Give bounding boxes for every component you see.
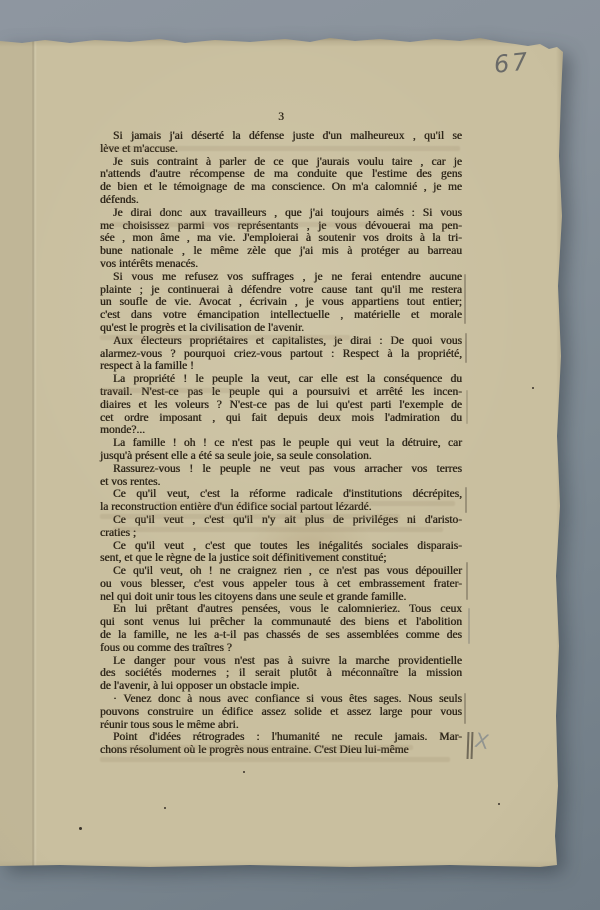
text-line: La famille ! oh ! ce n'est pas le peuple… — [100, 437, 462, 450]
ink-smudge — [113, 745, 413, 750]
text-line: Ce qu'il veut , c'est que toutes les iné… — [100, 540, 462, 553]
margin-stroke — [465, 333, 467, 363]
foxing-speck — [164, 807, 166, 809]
ink-smudge — [112, 222, 372, 227]
ink-smudge — [100, 514, 400, 519]
paragraph: La propriété ! le peuple la veut, car el… — [100, 373, 462, 437]
paragraph: Si vous me refusez vos suffrages , je ne… — [100, 271, 462, 335]
paragraph: Je suis contraint à parler de ce que j'a… — [100, 156, 462, 207]
text-line: défends. — [100, 194, 462, 207]
paragraph: Aux électeurs propriétaires et capitalis… — [100, 335, 462, 373]
margin-stroke — [468, 608, 470, 644]
text-line: qui sont venus lui prêcher la communauté… — [100, 616, 462, 629]
ink-smudge — [100, 757, 450, 762]
paragraph: Je dirai donc aux travailleurs , que j'a… — [100, 207, 462, 271]
text-line: c'est dans votre émancipation intellectu… — [100, 309, 462, 322]
margin-stroke — [466, 562, 468, 600]
text-line: vos intérêts menacés. — [100, 258, 462, 271]
text-line: La propriété ! le peuple la veut, car el… — [100, 373, 462, 386]
text-line: jusqu'à présent elle a été sa seule joie… — [100, 450, 462, 463]
text-line: de bien et le témoignage de ma conscienc… — [100, 181, 462, 194]
foxing-speck — [79, 827, 82, 830]
text-line: n'attends d'autre récompense de ma condu… — [100, 168, 462, 181]
text-line: Je dirai donc aux travailleurs , que j'a… — [100, 207, 462, 220]
text-line: diaires et les voleurs ? N'est-ce pas de… — [100, 399, 462, 412]
margin-stroke — [464, 693, 466, 724]
foxing-speck — [532, 387, 534, 389]
text-line: ou vous blesser, c'est vous appeler tous… — [100, 578, 462, 591]
text-line: et vos rentes. — [100, 476, 462, 489]
text-line: sent, et que le règne de la justice soit… — [100, 552, 462, 565]
paragraph: La famille ! oh ! ce n'est pas le peuple… — [100, 437, 462, 463]
text-line: Si vous me refusez vos suffrages , je ne… — [100, 271, 462, 284]
paragraph: Le danger pour vous n'est pas à suivre l… — [100, 655, 462, 693]
foxing-speck — [498, 803, 500, 805]
text-line: réunir tous sous le même abri. — [100, 719, 462, 732]
text-line: pouvons construire un édifice assez soli… — [100, 706, 462, 719]
text-line: un soufle de vie. Avocat , écrivain , je… — [100, 296, 462, 309]
pencil-double-stroke — [467, 732, 470, 759]
text-line: sée , mon âme , ma vie. J'emploierai à s… — [100, 232, 462, 245]
ink-smudge — [100, 388, 240, 393]
text-line: Ce qu'il veut, c'est la réforme radicale… — [100, 488, 462, 501]
text-line: cet ordre imposant , qui fait depuis deu… — [100, 412, 462, 425]
foxing-speck — [243, 771, 245, 773]
page-number: 3 — [100, 111, 462, 123]
ink-smudge — [100, 335, 350, 340]
text-line: En lui prêtant d'autres pensées, vous le… — [100, 603, 462, 616]
pamphlet-page: 67 3 Si jamais j'ai déserté la défense j… — [0, 36, 564, 869]
paragraph: Si jamais j'ai déserté la défense juste … — [100, 130, 462, 156]
paper-sheet: 67 3 Si jamais j'ai déserté la défense j… — [0, 0, 600, 910]
text-line: bune nationale , le même zèle que j'ai m… — [100, 245, 462, 258]
ink-smudge — [100, 146, 460, 151]
text-line: · Venez donc à nous avec confiance si vo… — [100, 693, 462, 706]
text-line: nel qui doit unir tous les citoyens dans… — [100, 591, 462, 604]
text-line: Si jamais j'ai déserté la défense juste … — [100, 130, 462, 143]
paragraph: Ce qu'il veut , c'est que toutes les iné… — [100, 540, 462, 566]
text-line: Je suis contraint à parler de ce que j'a… — [100, 156, 462, 169]
paragraph: Rassurez-vous ! le peuple ne veut pas vo… — [100, 463, 462, 489]
margin-stroke — [466, 390, 468, 424]
text-line: Point d'idées rétrogrades : l'humanité n… — [100, 731, 462, 744]
text-line: Ce qu'il veut, oh ! ne craignez rien , c… — [100, 565, 462, 578]
margin-stroke — [465, 487, 467, 513]
text-line: alarmez-vous ? pourquoi criez-vous parto… — [100, 348, 462, 361]
text-line: fous ou comme des traîtres ? — [100, 642, 462, 655]
paragraph: · Venez donc à nous avec confiance si vo… — [100, 693, 462, 731]
ink-smudge — [113, 527, 443, 532]
text-line: plainte ; je continuerai à défendre votr… — [100, 284, 462, 297]
text-line: qu'est le progrès et la civilisation de … — [100, 322, 462, 335]
text-line: des sociétés modernes ; il serait plutôt… — [100, 667, 462, 680]
text-line: Rassurez-vous ! le peuple ne veut pas vo… — [100, 463, 462, 476]
margin-stroke — [464, 274, 466, 324]
text-line: de l'avenir, à lui opposer un obstacle i… — [100, 680, 462, 693]
pencil-x-mark: X — [473, 728, 491, 754]
paragraph: En lui prêtant d'autres pensées, vous le… — [100, 603, 462, 654]
text-line: monde?... — [100, 424, 462, 437]
paragraph: Ce qu'il veut, oh ! ne craignez rien , c… — [100, 565, 462, 603]
text-line: Le danger pour vous n'est pas à suivre l… — [100, 655, 462, 668]
ink-smudge — [155, 501, 455, 506]
folio-number-handwritten: 67 — [493, 47, 532, 79]
scanned-document-view: 67 3 Si jamais j'ai déserté la défense j… — [0, 0, 600, 910]
text-line: de la famille, ne les a-t-il pas chassés… — [100, 629, 462, 642]
text-line: respect à la famille ! — [100, 360, 462, 373]
